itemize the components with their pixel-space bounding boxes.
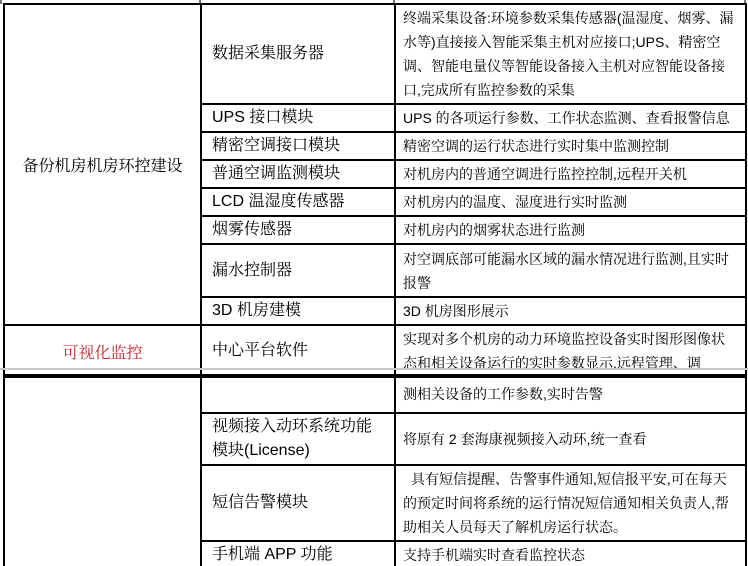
module-cell: UPS 接口模块 [201, 104, 395, 132]
spec-table-lower: 测相关设备的工作参数,实时告警 视频接入动环系统功能模块(License) 将原… [3, 374, 747, 566]
module-cell: LCD 温湿度传感器 [201, 188, 395, 216]
module-cell: 短信告警模块 [201, 465, 395, 541]
module-cell: 手机端 APP 功能 [201, 541, 395, 566]
category-cell-empty [4, 375, 201, 566]
desc-cell: 将原有 2 套海康视频接入动环,统一查看 [395, 413, 746, 465]
desc-cell: 对机房内的烟雾状态进行监测 [395, 216, 746, 244]
desc-cell: 测相关设备的工作参数,实时告警 [395, 375, 746, 413]
desc-cell: 终端采集设备:环境参数采集传感器(温湿度、烟雾、漏水等)直接接入智能采集主机对应… [395, 4, 746, 104]
cropped-border-stub [0, 0, 2, 4]
desc-cell: 3D 机房图形展示 [395, 297, 746, 325]
desc-cell: 支持手机端实时查看监控状态 [395, 541, 746, 566]
module-cell: 视频接入动环系统功能模块(License) [201, 413, 395, 465]
page-break-line [0, 368, 748, 370]
document-page: { "colors": { "accent_red": "#c9252d", "… [0, 0, 748, 566]
desc-cell: 对机房内的普通空调进行监控控制,远程开关机 [395, 160, 746, 188]
module-cell [201, 375, 395, 413]
desc-cell: UPS 的各项运行参数、工作状态监测、查看报警信息 [395, 104, 746, 132]
module-cell: 精密空调接口模块 [201, 132, 395, 160]
desc-cell: 精密空调的运行状态进行实时集中监测控制 [395, 132, 746, 160]
table-row: 备份机房机房环控建设 数据采集服务器 终端采集设备:环境参数采集传感器(温湿度、… [4, 4, 746, 104]
module-cell: 普通空调监测模块 [201, 160, 395, 188]
table-row: 测相关设备的工作参数,实时告警 [4, 375, 746, 413]
category-cell: 备份机房机房环控建设 [4, 4, 201, 325]
desc-cell: 具有短信提醒、告警事件通知,短信报平安,可在每天的预定时间将系统的运行情况短信通… [395, 465, 746, 541]
desc-cell: 对机房内的温度、湿度进行实时监测 [395, 188, 746, 216]
desc-cell: 对空调底部可能漏水区域的漏水情况进行监测,且实时报警 [395, 244, 746, 297]
module-cell: 烟雾传感器 [201, 216, 395, 244]
module-cell: 漏水控制器 [201, 244, 395, 297]
module-cell: 数据采集服务器 [201, 4, 395, 104]
module-cell: 3D 机房建模 [201, 297, 395, 325]
spec-table-upper: 备份机房机房环控建设 数据采集服务器 终端采集设备:环境参数采集传感器(温湿度、… [3, 3, 747, 378]
